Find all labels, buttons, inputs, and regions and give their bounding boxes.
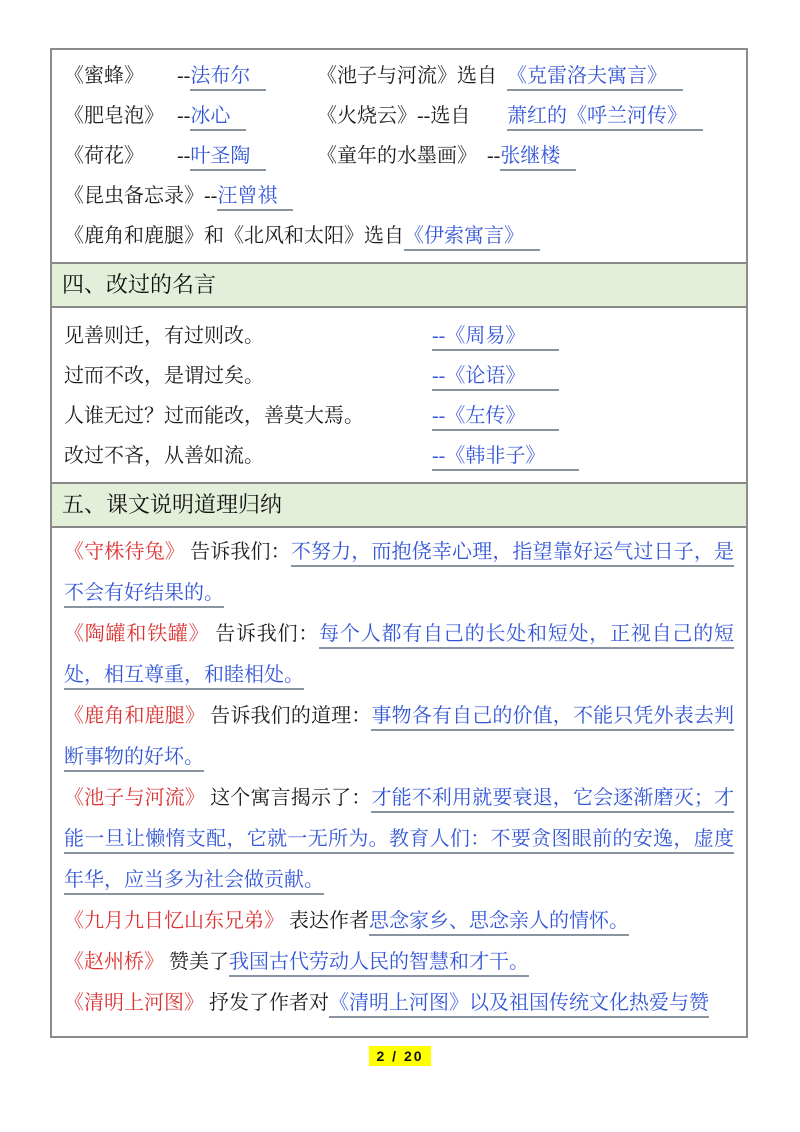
quote-source: --《韩非子》 (432, 445, 579, 471)
text: 告诉我们： (209, 623, 319, 645)
quote-text: 改过不吝，从善如流。 (64, 436, 432, 476)
text: 《昆虫备忘录》 (64, 185, 204, 207)
section-lesson-morals-row: 《清明上河图》 抒发了作者对《清明上河图》以及祖国传统文化热爱与赞 (64, 983, 734, 1024)
book-title-red: 《陶罐和铁罐》 (64, 623, 209, 645)
section-lesson-morals-row: 《守株待兔》 告诉我们：不努力，而抱侥幸心理，指望靠好运气过日子，是不会有好结果… (64, 532, 734, 614)
answer-blank: 汪曾祺 (217, 185, 293, 211)
book-title-red: 《赵州桥》 (64, 951, 164, 973)
text: 《鹿角和鹿腿》和《北风和太阳》选自 (64, 225, 404, 247)
quote-text: 见善则迁，有过则改。 (64, 316, 432, 356)
dash: -- (177, 105, 190, 127)
section-book-authors-row: 《肥皂泡》--冰心《火烧云》--选自萧红的《呼兰河传》 (64, 96, 746, 136)
book-title-red: 《池子与河流》 (64, 787, 205, 809)
section-lesson-morals-row: 《鹿角和鹿腿》 告诉我们的道理：事物各有自己的价值，不能只凭外表去判断事物的好坏… (64, 696, 734, 778)
answer-blank: 叶圣陶 (190, 145, 266, 171)
answer-blank: 法布尔 (190, 65, 266, 91)
section-quotes-row: 人谁无过？过而能改，善莫大焉。--《左传》 (64, 396, 746, 436)
book-title: 《火烧云》--选自 (317, 96, 507, 136)
section-header-four-text: 四、改过的名言 (62, 272, 216, 297)
quote-text: 过而不改，是谓过矣。 (64, 356, 432, 396)
book-title: 《童年的水墨画》 (317, 136, 487, 176)
section-quotes-row: 改过不吝，从善如流。--《韩非子》 (64, 436, 746, 476)
section-book-authors-row: 《鹿角和鹿腿》和《北风和太阳》选自《伊索寓言》 (64, 216, 746, 256)
section-book-authors-row: 《荷花》--叶圣陶《童年的水墨画》--张继楼 (64, 136, 746, 176)
text: 表达作者 (284, 910, 369, 932)
section-quotes-row: 见善则迁，有过则改。--《周易》 (64, 316, 746, 356)
section-book-authors-row: 《蜜蜂》--法布尔《池子与河流》选自《克雷洛夫寓言》 (64, 56, 746, 96)
answer-blank: 冰心 (190, 105, 246, 131)
page-footer: 2 / 20 (0, 1046, 800, 1066)
text: 抒发了作者对 (204, 992, 329, 1014)
text: 这个寓言揭示了： (205, 787, 371, 809)
text: 赞美了 (164, 951, 229, 973)
text: 告诉我们： (185, 541, 291, 563)
quote-source: --《论语》 (432, 365, 559, 391)
section-book-authors: 《蜜蜂》--法布尔《池子与河流》选自《克雷洛夫寓言》《肥皂泡》--冰心《火烧云》… (52, 50, 746, 262)
book-title-red: 《守株待兔》 (64, 541, 185, 563)
answer-blank: 萧红的《呼兰河传》 (507, 105, 703, 131)
answer-blank: 《伊索寓言》 (404, 225, 540, 251)
quote-source: --《左传》 (432, 405, 559, 431)
quote-text: 人谁无过？过而能改，善莫大焉。 (64, 396, 432, 436)
section-book-authors-row: 《昆虫备忘录》--汪曾祺 (64, 176, 746, 216)
section-header-five: 五、课文说明道理归纳 (52, 482, 746, 528)
book-title: 《池子与河流》选自 (317, 56, 507, 96)
answer-blank: 《清明上河图》以及祖国传统文化热爱与赞 (329, 992, 709, 1018)
text: 告诉我们的道理： (205, 705, 371, 727)
section-lesson-morals: 《守株待兔》 告诉我们：不努力，而抱侥幸心理，指望靠好运气过日子，是不会有好结果… (52, 528, 746, 1036)
dash: -- (487, 145, 500, 167)
book-title: 《蜜蜂》 (64, 56, 177, 96)
book-title-red: 《九月九日忆山东兄弟》 (64, 910, 284, 932)
page-number-badge: 2 / 20 (369, 1046, 430, 1066)
quote-source: --《周易》 (432, 325, 559, 351)
author-column: --冰心 (177, 96, 317, 136)
answer-blank: 张继楼 (500, 145, 576, 171)
section-header-four: 四、改过的名言 (52, 262, 746, 308)
dash: -- (177, 65, 190, 87)
notes-table: 《蜜蜂》--法布尔《池子与河流》选自《克雷洛夫寓言》《肥皂泡》--冰心《火烧云》… (50, 48, 748, 1038)
section-header-five-text: 五、课文说明道理归纳 (62, 492, 282, 517)
book-title: 《肥皂泡》 (64, 96, 177, 136)
book-title-red: 《清明上河图》 (64, 992, 204, 1014)
section-quotes: 见善则迁，有过则改。--《周易》过而不改，是谓过矣。--《论语》人谁无过？过而能… (52, 308, 746, 482)
section-lesson-morals-row: 《池子与河流》 这个寓言揭示了：才能不利用就要衰退，它会逐渐磨灭；才能一旦让懒惰… (64, 778, 734, 901)
answer-blank: 《克雷洛夫寓言》 (507, 65, 683, 91)
book-title: 《荷花》 (64, 136, 177, 176)
section-quotes-row: 过而不改，是谓过矣。--《论语》 (64, 356, 746, 396)
section-lesson-morals-row: 《赵州桥》 赞美了我国古代劳动人民的智慧和才干。 (64, 942, 734, 983)
section-lesson-morals-row: 《陶罐和铁罐》 告诉我们：每个人都有自己的长处和短处，正视自己的短处，相互尊重，… (64, 614, 734, 696)
author-column: --法布尔 (177, 56, 317, 96)
answer-blank: 我国古代劳动人民的智慧和才干。 (229, 951, 529, 977)
answer-blank: 思念家乡、思念亲人的情怀。 (369, 910, 629, 936)
book-title-red: 《鹿角和鹿腿》 (64, 705, 205, 727)
section-lesson-morals-row: 《九月九日忆山东兄弟》 表达作者思念家乡、思念亲人的情怀。 (64, 901, 734, 942)
dash: -- (204, 185, 217, 207)
author-column: --叶圣陶 (177, 136, 317, 176)
dash: -- (177, 145, 190, 167)
